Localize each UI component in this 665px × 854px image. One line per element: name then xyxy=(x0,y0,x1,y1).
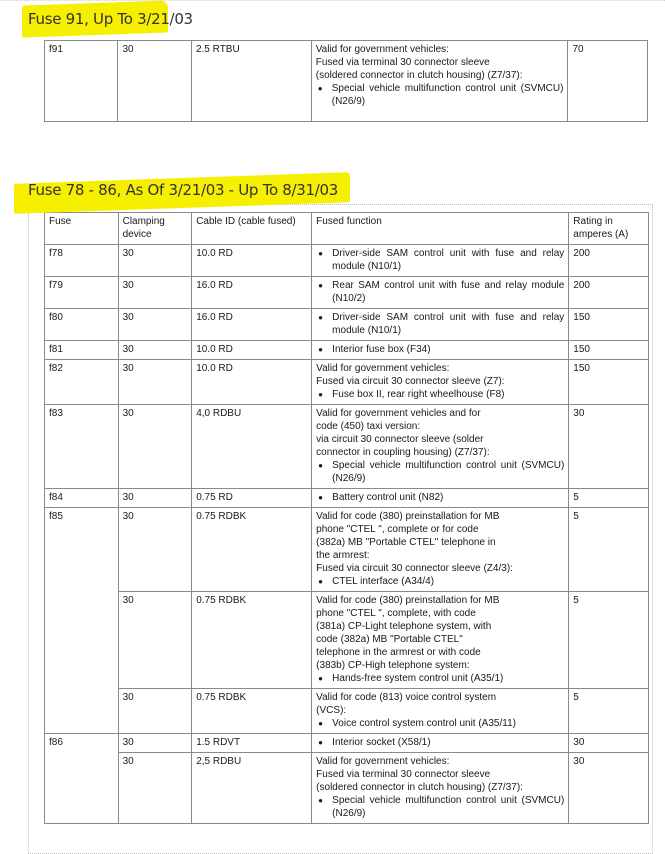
cell-rating: 5 xyxy=(569,489,649,508)
cell-rating: 30 xyxy=(569,753,649,824)
cell-fused-function: Valid for government vehicles:Fused via … xyxy=(312,360,569,405)
component-list: Special vehicle multifunction control un… xyxy=(316,82,564,108)
component-list: Driver-side SAM control unit with fuse a… xyxy=(316,311,564,337)
cell-clamping-device: 30 xyxy=(118,245,192,277)
function-text: connector in coupling housing) (Z7/37): xyxy=(316,446,564,459)
cell-cable-id: 2,5 RDBU xyxy=(192,753,312,824)
table-row: 302,5 RDBUValid for government vehicles:… xyxy=(45,753,649,824)
cell-fused-function: Driver-side SAM control unit with fuse a… xyxy=(312,309,569,341)
table-row: f85300.75 RDBKValid for code (380) prein… xyxy=(45,508,649,592)
component-list: Interior fuse box (F34) xyxy=(316,343,564,356)
function-text: via circuit 30 connector sleeve (solder xyxy=(316,433,564,446)
component-item: Special vehicle multifunction control un… xyxy=(332,794,564,820)
component-list: CTEL interface (A34/4) xyxy=(316,575,564,588)
table-row: 300.75 RDBKValid for code (813) voice co… xyxy=(45,689,649,734)
cell-cable-id: 16.0 RD xyxy=(192,309,312,341)
function-text: Valid for code (813) voice control syste… xyxy=(316,691,564,704)
component-list: Fuse box II, rear right wheelhouse (F8) xyxy=(316,388,564,401)
header-fuse: Fuse xyxy=(45,213,119,245)
cell-fuse: f83 xyxy=(45,405,119,489)
cell-clamping-device: 30 xyxy=(118,41,191,122)
table-row: f803016.0 RDDriver-side SAM control unit… xyxy=(45,309,649,341)
cell-clamping-device: 30 xyxy=(118,734,192,753)
table-row: f86301.5 RDVTInterior socket (X58/1)30 xyxy=(45,734,649,753)
cell-fuse: f79 xyxy=(45,277,119,309)
function-text: Fused via circuit 30 connector sleeve (Z… xyxy=(316,375,564,388)
component-item: Special vehicle multifunction control un… xyxy=(332,82,564,108)
function-text: Valid for government vehicles: xyxy=(316,43,564,56)
function-text: (382a) MB "Portable CTEL" telephone in xyxy=(316,536,564,549)
cell-fuse: f91 xyxy=(45,41,118,122)
cell-cable-id: 10.0 RD xyxy=(192,245,312,277)
table-row: f91302.5 RTBUValid for government vehicl… xyxy=(45,41,648,122)
function-text: phone "CTEL ", complete or for code xyxy=(316,523,564,536)
cell-fused-function: Driver-side SAM control unit with fuse a… xyxy=(312,245,569,277)
cell-fuse: f85 xyxy=(45,508,119,734)
component-item: Interior fuse box (F34) xyxy=(332,343,564,356)
cell-cable-id: 4,0 RDBU xyxy=(192,405,312,489)
cell-rating: 5 xyxy=(569,689,649,734)
table-row: f793016.0 RDRear SAM control unit with f… xyxy=(45,277,649,309)
cell-fused-function: Interior fuse box (F34) xyxy=(312,341,569,360)
function-text: Valid for government vehicles: xyxy=(316,362,564,375)
cell-cable-id: 16.0 RD xyxy=(192,277,312,309)
cell-fuse: f81 xyxy=(45,341,119,360)
component-item: Voice control system control unit (A35/1… xyxy=(332,717,564,730)
cell-fused-function: Battery control unit (N82) xyxy=(312,489,569,508)
cell-rating: 150 xyxy=(569,360,649,405)
component-item: CTEL interface (A34/4) xyxy=(332,575,564,588)
cell-clamping-device: 30 xyxy=(118,360,192,405)
function-text: Valid for government vehicles and for xyxy=(316,407,564,420)
cell-rating: 150 xyxy=(569,309,649,341)
cell-rating: 200 xyxy=(569,245,649,277)
function-text: code (382a) MB "Portable CTEL" xyxy=(316,633,564,646)
function-text: Fused via circuit 30 connector sleeve (Z… xyxy=(316,562,564,575)
table-row: f83304,0 RDBUValid for government vehicl… xyxy=(45,405,649,489)
cell-fuse: f78 xyxy=(45,245,119,277)
cell-fused-function: Valid for government vehicles:Fused via … xyxy=(312,753,569,824)
cell-clamping-device: 30 xyxy=(118,753,192,824)
cell-cable-id: 10.0 RD xyxy=(192,360,312,405)
cell-clamping-device: 30 xyxy=(118,277,192,309)
function-text: phone "CTEL ", complete, with code xyxy=(316,607,564,620)
component-item: Driver-side SAM control unit with fuse a… xyxy=(332,247,564,273)
cell-fused-function: Valid for government vehicles and forcod… xyxy=(312,405,569,489)
function-text: the armrest: xyxy=(316,549,564,562)
header-clamping-device: Clamping device xyxy=(118,213,192,245)
function-text: (381a) CP-Light telephone system, with xyxy=(316,620,564,633)
component-item: Driver-side SAM control unit with fuse a… xyxy=(332,311,564,337)
cell-cable-id: 0.75 RDBK xyxy=(192,689,312,734)
table-row: 300.75 RDBKValid for code (380) preinsta… xyxy=(45,592,649,689)
function-text: (VCS): xyxy=(316,704,564,717)
component-item: Battery control unit (N82) xyxy=(332,491,564,504)
cell-fused-function: Valid for code (380) preinstallation for… xyxy=(312,592,569,689)
cell-fuse: f84 xyxy=(45,489,119,508)
table-row: f813010.0 RDInterior fuse box (F34)150 xyxy=(45,341,649,360)
cell-clamping-device: 30 xyxy=(118,405,192,489)
cell-fuse: f82 xyxy=(45,360,119,405)
component-list: Interior socket (X58/1) xyxy=(316,736,564,749)
cell-cable-id: 0.75 RDBK xyxy=(192,592,312,689)
component-list: Driver-side SAM control unit with fuse a… xyxy=(316,247,564,273)
function-text: Fused via terminal 30 connector sleeve xyxy=(316,56,564,69)
cell-rating: 200 xyxy=(569,277,649,309)
function-text: Valid for government vehicles: xyxy=(316,755,564,768)
component-item: Hands-free system control unit (A35/1) xyxy=(332,672,564,685)
cell-cable-id: 0.75 RDBK xyxy=(192,508,312,592)
header-rating: Rating in amperes (A) xyxy=(569,213,649,245)
cell-fused-function: Interior socket (X58/1) xyxy=(312,734,569,753)
cell-clamping-device: 30 xyxy=(118,489,192,508)
component-item: Fuse box II, rear right wheelhouse (F8) xyxy=(332,388,564,401)
cell-rating: 30 xyxy=(569,734,649,753)
component-list: Voice control system control unit (A35/1… xyxy=(316,717,564,730)
function-text: Fused via terminal 30 connector sleeve xyxy=(316,768,564,781)
component-item: Rear SAM control unit with fuse and rela… xyxy=(332,279,564,305)
cell-fuse: f86 xyxy=(45,734,119,824)
section-heading-fuse-78-86: Fuse 78 - 86, As Of 3/21/03 - Up To 8/31… xyxy=(28,181,338,199)
component-list: Battery control unit (N82) xyxy=(316,491,564,504)
function-text: (soldered connector in clutch housing) (… xyxy=(316,69,564,82)
section-heading-fuse-91: Fuse 91, Up To 3/21/03 xyxy=(28,10,193,28)
cell-clamping-device: 30 xyxy=(118,309,192,341)
cell-fuse: f80 xyxy=(45,309,119,341)
component-item: Interior socket (X58/1) xyxy=(332,736,564,749)
cell-rating: 5 xyxy=(569,592,649,689)
fuse-78-86-table: Fuse Clamping device Cable ID (cable fus… xyxy=(44,212,649,824)
component-list: Rear SAM control unit with fuse and rela… xyxy=(316,279,564,305)
cell-cable-id: 2.5 RTBU xyxy=(191,41,311,122)
table-row: f84300.75 RDBattery control unit (N82)5 xyxy=(45,489,649,508)
function-text: Valid for code (380) preinstallation for… xyxy=(316,510,564,523)
cell-cable-id: 0.75 RD xyxy=(192,489,312,508)
header-cable-id: Cable ID (cable fused) xyxy=(192,213,312,245)
function-text: telephone in the armrest or with code xyxy=(316,646,564,659)
function-text: (383b) CP-High telephone system: xyxy=(316,659,564,672)
component-list: Special vehicle multifunction control un… xyxy=(316,794,564,820)
cell-clamping-device: 30 xyxy=(118,508,192,592)
cell-cable-id: 1.5 RDVT xyxy=(192,734,312,753)
cell-clamping-device: 30 xyxy=(118,592,192,689)
table-header-row: Fuse Clamping device Cable ID (cable fus… xyxy=(45,213,649,245)
table-row: f783010.0 RDDriver-side SAM control unit… xyxy=(45,245,649,277)
cell-rating: 70 xyxy=(568,41,648,122)
cell-rating: 5 xyxy=(569,508,649,592)
function-text: (soldered connector in clutch housing) (… xyxy=(316,781,564,794)
cell-rating: 150 xyxy=(569,341,649,360)
function-text: Valid for code (380) preinstallation for… xyxy=(316,594,564,607)
cell-rating: 30 xyxy=(569,405,649,489)
header-fused-function: Fused function xyxy=(312,213,569,245)
component-list: Hands-free system control unit (A35/1) xyxy=(316,672,564,685)
cell-fused-function: Valid for code (813) voice control syste… xyxy=(312,689,569,734)
function-text: code (450) taxi version: xyxy=(316,420,564,433)
table-row: f823010.0 RDValid for government vehicle… xyxy=(45,360,649,405)
cell-cable-id: 10.0 RD xyxy=(192,341,312,360)
component-item: Special vehicle multifunction control un… xyxy=(332,459,564,485)
cell-clamping-device: 30 xyxy=(118,689,192,734)
cell-clamping-device: 30 xyxy=(118,341,192,360)
component-list: Special vehicle multifunction control un… xyxy=(316,459,564,485)
fuse-91-table: f91302.5 RTBUValid for government vehicl… xyxy=(44,40,648,122)
cell-fused-function: Valid for code (380) preinstallation for… xyxy=(312,508,569,592)
cell-fused-function: Valid for government vehicles:Fused via … xyxy=(311,41,568,122)
cell-fused-function: Rear SAM control unit with fuse and rela… xyxy=(312,277,569,309)
